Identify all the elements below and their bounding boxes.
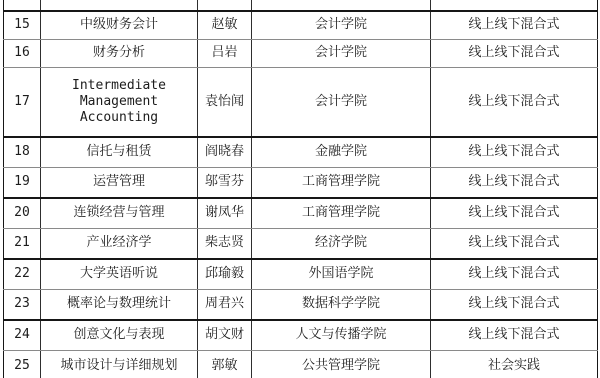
table-row: 18信托与租赁阎晓春金融学院线上线下混合式 <box>4 137 598 168</box>
empty-cell <box>4 0 41 11</box>
empty-cell <box>198 0 252 11</box>
mode-cell: 社会实践 <box>431 351 598 378</box>
mode-cell: 线上线下混合式 <box>431 320 598 351</box>
instructor-cell: 吕岩 <box>198 40 252 68</box>
college-cell: 会计学院 <box>252 11 431 40</box>
instructor-cell: 邱瑜毅 <box>198 259 252 290</box>
course-name-cell: 信托与租赁 <box>41 137 198 168</box>
row-number-cell: 23 <box>4 290 41 321</box>
instructor-cell: 谢凤华 <box>198 198 252 229</box>
mode-cell: 线上线下混合式 <box>431 259 598 290</box>
table-row: 25城市设计与详细规划郭敏公共管理学院社会实践 <box>4 351 598 378</box>
instructor-cell: 赵敏 <box>198 11 252 40</box>
course-name-cell: Intermediate Management Accounting <box>41 68 198 138</box>
row-number-cell: 17 <box>4 68 41 138</box>
document-page: 15中级财务会计赵敏会计学院线上线下混合式16财务分析吕岩会计学院线上线下混合式… <box>0 0 600 378</box>
college-cell: 工商管理学院 <box>252 198 431 229</box>
table-row: 17Intermediate Management Accounting袁怡闻会… <box>4 68 598 138</box>
row-number-cell: 25 <box>4 351 41 378</box>
course-name-cell: 中级财务会计 <box>41 11 198 40</box>
table-row: 19运营管理邬雪芬工商管理学院线上线下混合式 <box>4 168 598 199</box>
mode-cell: 线上线下混合式 <box>431 137 598 168</box>
row-number-cell: 16 <box>4 40 41 68</box>
college-cell: 工商管理学院 <box>252 168 431 199</box>
instructor-cell: 袁怡闻 <box>198 68 252 138</box>
course-name-cell: 大学英语听说 <box>41 259 198 290</box>
mode-cell: 线上线下混合式 <box>431 40 598 68</box>
table-row: 23概率论与数理统计周君兴数据科学学院线上线下混合式 <box>4 290 598 321</box>
course-name-cell: 概率论与数理统计 <box>41 290 198 321</box>
empty-cell <box>431 0 598 11</box>
instructor-cell: 阎晓春 <box>198 137 252 168</box>
table-row: 16财务分析吕岩会计学院线上线下混合式 <box>4 40 598 68</box>
college-cell: 经济学院 <box>252 229 431 260</box>
course-name-cell: 产业经济学 <box>41 229 198 260</box>
college-cell: 数据科学学院 <box>252 290 431 321</box>
course-table-body: 15中级财务会计赵敏会计学院线上线下混合式16财务分析吕岩会计学院线上线下混合式… <box>4 0 598 378</box>
college-cell: 外国语学院 <box>252 259 431 290</box>
course-table: 15中级财务会计赵敏会计学院线上线下混合式16财务分析吕岩会计学院线上线下混合式… <box>3 0 598 378</box>
empty-cell <box>252 0 431 11</box>
row-number-cell: 15 <box>4 11 41 40</box>
instructor-cell: 周君兴 <box>198 290 252 321</box>
college-cell: 金融学院 <box>252 137 431 168</box>
college-cell: 公共管理学院 <box>252 351 431 378</box>
instructor-cell: 郭敏 <box>198 351 252 378</box>
row-number-cell: 18 <box>4 137 41 168</box>
instructor-cell: 胡文财 <box>198 320 252 351</box>
college-cell: 会计学院 <box>252 68 431 138</box>
mode-cell: 线上线下混合式 <box>431 290 598 321</box>
mode-cell: 线上线下混合式 <box>431 68 598 138</box>
partial-row-top <box>4 0 598 11</box>
course-name-cell: 城市设计与详细规划 <box>41 351 198 378</box>
table-row: 22大学英语听说邱瑜毅外国语学院线上线下混合式 <box>4 259 598 290</box>
instructor-cell: 柴志贤 <box>198 229 252 260</box>
table-row: 15中级财务会计赵敏会计学院线上线下混合式 <box>4 11 598 40</box>
mode-cell: 线上线下混合式 <box>431 198 598 229</box>
course-name-cell: 创意文化与表现 <box>41 320 198 351</box>
table-row: 24创意文化与表现胡文财人文与传播学院线上线下混合式 <box>4 320 598 351</box>
table-row: 21产业经济学柴志贤经济学院线上线下混合式 <box>4 229 598 260</box>
instructor-cell: 邬雪芬 <box>198 168 252 199</box>
course-name-cell: 连锁经营与管理 <box>41 198 198 229</box>
college-cell: 人文与传播学院 <box>252 320 431 351</box>
course-name-cell: 财务分析 <box>41 40 198 68</box>
empty-cell <box>41 0 198 11</box>
mode-cell: 线上线下混合式 <box>431 11 598 40</box>
row-number-cell: 20 <box>4 198 41 229</box>
row-number-cell: 21 <box>4 229 41 260</box>
row-number-cell: 19 <box>4 168 41 199</box>
row-number-cell: 22 <box>4 259 41 290</box>
mode-cell: 线上线下混合式 <box>431 168 598 199</box>
college-cell: 会计学院 <box>252 40 431 68</box>
row-number-cell: 24 <box>4 320 41 351</box>
course-name-cell: 运营管理 <box>41 168 198 199</box>
mode-cell: 线上线下混合式 <box>431 229 598 260</box>
table-row: 20连锁经营与管理谢凤华工商管理学院线上线下混合式 <box>4 198 598 229</box>
